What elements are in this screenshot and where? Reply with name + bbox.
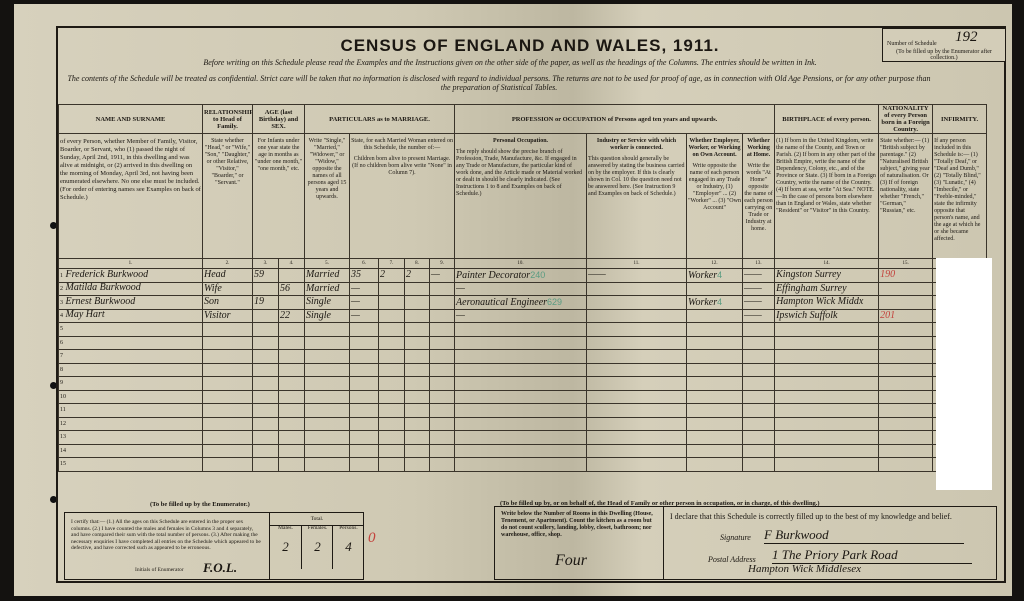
industry bbox=[587, 296, 687, 310]
at-home: —— bbox=[743, 296, 775, 310]
children-born bbox=[379, 309, 405, 323]
birthplace-instructions: (1) If born in the United Kingdom, write… bbox=[775, 134, 879, 259]
schedule-number-box: Number of Schedule 192 (To be filled up … bbox=[882, 28, 1006, 62]
empty-row: 11 bbox=[59, 404, 987, 418]
employment-status: Worker4 bbox=[687, 296, 743, 310]
empty-row: 13 bbox=[59, 431, 987, 445]
enumerator-certification: I certify that:— (1.) All the ages on th… bbox=[71, 519, 261, 552]
col-num: 14. bbox=[775, 259, 879, 269]
females-total: Females.2 bbox=[301, 525, 333, 569]
personal-occupation-heading: Personal Occupation. bbox=[456, 138, 585, 145]
age-female bbox=[279, 296, 305, 310]
infirmity-instructions: If any person included in this Schedule … bbox=[933, 134, 987, 259]
at-home: —— bbox=[743, 282, 775, 296]
census-table: NAME AND SURNAME RELATIONSHIP to Head of… bbox=[58, 104, 987, 472]
at-home: —— bbox=[743, 309, 775, 323]
person-name: 2 Matilda Burkwood bbox=[59, 282, 203, 296]
children-text: Children born alive to present Marriage.… bbox=[351, 156, 453, 177]
children-born bbox=[379, 296, 405, 310]
empty-row: 8 bbox=[59, 363, 987, 377]
postal-address-line1: 1 The Priory Park Road bbox=[772, 547, 972, 564]
children-died: — bbox=[430, 269, 455, 283]
age-female: 56 bbox=[279, 282, 305, 296]
confidential-notice: The contents of the Schedule will be tre… bbox=[64, 74, 934, 92]
col-num: 7. bbox=[379, 259, 405, 269]
initials-label: Initials of Enumerator bbox=[135, 567, 184, 573]
children-died bbox=[430, 309, 455, 323]
marital-condition: Married bbox=[305, 269, 350, 283]
signature: F Burkwood bbox=[764, 527, 964, 544]
col-num: 6. bbox=[350, 259, 379, 269]
empty-row: 15 bbox=[59, 458, 987, 472]
industry-heading: Industry or Service with which worker is… bbox=[588, 138, 685, 152]
nationality-instructions: State whether:— (1) "British subject by … bbox=[879, 134, 933, 259]
home-text: Write the words "At Home" opposite the n… bbox=[744, 163, 773, 233]
occupation: Painter Decorator240 bbox=[455, 269, 587, 283]
header-infirmity: INFIRMITY. bbox=[933, 105, 987, 134]
col-num: 8. bbox=[405, 259, 430, 269]
personal-occupation-text: The reply should show the precise branch… bbox=[456, 149, 585, 198]
signature-label: Signature bbox=[720, 533, 751, 542]
relationship: Visitor bbox=[203, 309, 253, 323]
col-num: 11. bbox=[587, 259, 687, 269]
declaration-text: I declare that this Schedule is correctl… bbox=[670, 512, 952, 521]
empty-row: 6 bbox=[59, 336, 987, 350]
person-name: 1 Frederick Burkwood bbox=[59, 269, 203, 283]
postal-address-line2: Hampton Wick Middlesex bbox=[748, 563, 861, 575]
table-row: 2 Matilda Burkwood Wife 56 Married — — —… bbox=[59, 282, 987, 296]
relationship-instructions: State whether "Head," or "Wife," "Son," … bbox=[203, 134, 253, 259]
years-married: — bbox=[350, 309, 379, 323]
children-living bbox=[405, 309, 430, 323]
header-marriage: PARTICULARS as to MARRIAGE. bbox=[305, 105, 455, 134]
industry-text: This question should generally be answer… bbox=[588, 156, 685, 198]
marital-condition: Single bbox=[305, 309, 350, 323]
empty-row: 9 bbox=[59, 377, 987, 391]
table-row: 1 Frederick Burkwood Head 59 Married 35 … bbox=[59, 269, 987, 283]
table-row: 4 May Hart Visitor 22 Single — — —— Ipsw… bbox=[59, 309, 987, 323]
married-woman-instructions: State, for each Married Woman entered on… bbox=[350, 134, 455, 259]
years-married: — bbox=[350, 296, 379, 310]
col-num: 10. bbox=[455, 259, 587, 269]
occupation: Aeronautical Engineer629 bbox=[455, 296, 587, 310]
rooms-instructions: Write below the Number of Rooms in this … bbox=[501, 511, 659, 539]
rooms-box: Write below the Number of Rooms in this … bbox=[494, 506, 664, 580]
employer-text: Write opposite the name of each person e… bbox=[688, 163, 741, 212]
children-died bbox=[430, 282, 455, 296]
age-male bbox=[253, 282, 279, 296]
industry-instructions: Industry or Service with which worker is… bbox=[587, 134, 687, 259]
home-instructions: Whether Working at Home. Write the words… bbox=[743, 134, 775, 259]
empty-row: 10 bbox=[59, 390, 987, 404]
nationality bbox=[879, 282, 933, 296]
occupation: — bbox=[455, 282, 587, 296]
relationship: Wife bbox=[203, 282, 253, 296]
redacted-panel bbox=[936, 258, 992, 490]
red-annotation: 0 bbox=[368, 530, 376, 547]
empty-row: 12 bbox=[59, 417, 987, 431]
children-living bbox=[405, 282, 430, 296]
schedule-number-note: (To be filled up by the Enumerator after… bbox=[885, 49, 1003, 61]
empty-row: 5 bbox=[59, 323, 987, 337]
header-relationship: RELATIONSHIP to Head of Family. bbox=[203, 105, 253, 134]
employment-status: Worker4 bbox=[687, 269, 743, 283]
children-living bbox=[405, 296, 430, 310]
empty-row: 7 bbox=[59, 350, 987, 364]
age-female bbox=[279, 269, 305, 283]
table-row: 3 Ernest Burkwood Son 19 Single — Aerona… bbox=[59, 296, 987, 310]
rooms-count: Four bbox=[555, 557, 587, 564]
col-num: 2. bbox=[203, 259, 253, 269]
nationality: 190 bbox=[879, 269, 933, 283]
enumerator-initials: F.O.L. bbox=[203, 560, 237, 576]
employer-instructions: Whether Employer, Worker, or Working on … bbox=[687, 134, 743, 259]
ink-instruction: Before writing on this Schedule please r… bbox=[100, 58, 920, 67]
col-num: 4. bbox=[279, 259, 305, 269]
name-instructions: of every Person, whether Member of Famil… bbox=[59, 134, 203, 259]
condition-instructions: Write "Single," "Married," "Widower," or… bbox=[305, 134, 350, 259]
children-born: 2 bbox=[379, 269, 405, 283]
employment-status bbox=[687, 282, 743, 296]
years-married: 35 bbox=[350, 269, 379, 283]
enumerator-box: I certify that:— (1.) All the ages on th… bbox=[64, 512, 364, 580]
employment-status bbox=[687, 309, 743, 323]
col-num: 9. bbox=[430, 259, 455, 269]
industry: —— bbox=[587, 269, 687, 283]
married-woman-text: State, for each Married Woman entered on… bbox=[351, 138, 453, 152]
children-living: 2 bbox=[405, 269, 430, 283]
personal-occupation-instructions: Personal Occupation. The reply should sh… bbox=[455, 134, 587, 259]
col-num: 12. bbox=[687, 259, 743, 269]
birthplace: Ipswich Suffolk bbox=[775, 309, 879, 323]
age-male: 19 bbox=[253, 296, 279, 310]
header-birthplace: BIRTHPLACE of every person. bbox=[775, 105, 879, 134]
age-male bbox=[253, 309, 279, 323]
age-female: 22 bbox=[279, 309, 305, 323]
birthplace: Hampton Wick Middx bbox=[775, 296, 879, 310]
industry bbox=[587, 309, 687, 323]
col-num: 5. bbox=[305, 259, 350, 269]
nationality: 201 bbox=[879, 309, 933, 323]
occupation: — bbox=[455, 309, 587, 323]
col-num: 15. bbox=[879, 259, 933, 269]
industry bbox=[587, 282, 687, 296]
person-name: 4 May Hart bbox=[59, 309, 203, 323]
age-male: 59 bbox=[253, 269, 279, 283]
marital-condition: Single bbox=[305, 296, 350, 310]
totals-box: Total. Males.2 Females.2 Persons.4 bbox=[269, 513, 364, 579]
nationality bbox=[879, 296, 933, 310]
children-died bbox=[430, 296, 455, 310]
years-married: — bbox=[350, 282, 379, 296]
header-profession: PROFESSION or OCCUPATION of Persons aged… bbox=[455, 105, 775, 134]
enumerator-heading: (To be filled up by the Enumerator.) bbox=[150, 501, 250, 508]
relationship: Son bbox=[203, 296, 253, 310]
birthplace: Kingston Surrey bbox=[775, 269, 879, 283]
schedule-number: 192 bbox=[955, 29, 978, 46]
header-name: NAME AND SURNAME bbox=[59, 105, 203, 134]
col-num: 3. bbox=[253, 259, 279, 269]
age-instructions: For Infants under one year state the age… bbox=[253, 134, 305, 259]
person-name: 3 Ernest Burkwood bbox=[59, 296, 203, 310]
empty-row: 14 bbox=[59, 444, 987, 458]
schedule-number-label: Number of Schedule bbox=[887, 41, 937, 47]
page-title: CENSUS OF ENGLAND AND WALES, 1911. bbox=[330, 36, 730, 56]
persons-total: Persons.4 bbox=[332, 525, 364, 569]
total-label: Total. bbox=[270, 516, 364, 522]
header-age: AGE (last Birthday) and SEX. bbox=[253, 105, 305, 134]
col-num: 13. bbox=[743, 259, 775, 269]
employer-heading: Whether Employer, Worker, or Working on … bbox=[688, 138, 741, 159]
males-total: Males.2 bbox=[270, 525, 301, 569]
home-heading: Whether Working at Home. bbox=[744, 138, 773, 159]
birthplace: Effingham Surrey bbox=[775, 282, 879, 296]
relationship: Head bbox=[203, 269, 253, 283]
marital-condition: Married bbox=[305, 282, 350, 296]
col-num: 1. bbox=[59, 259, 203, 269]
children-born bbox=[379, 282, 405, 296]
at-home: —— bbox=[743, 269, 775, 283]
declaration-box: I declare that this Schedule is correctl… bbox=[662, 506, 997, 580]
header-nationality: NATIONALITY of every Person born in a Fo… bbox=[879, 105, 933, 134]
